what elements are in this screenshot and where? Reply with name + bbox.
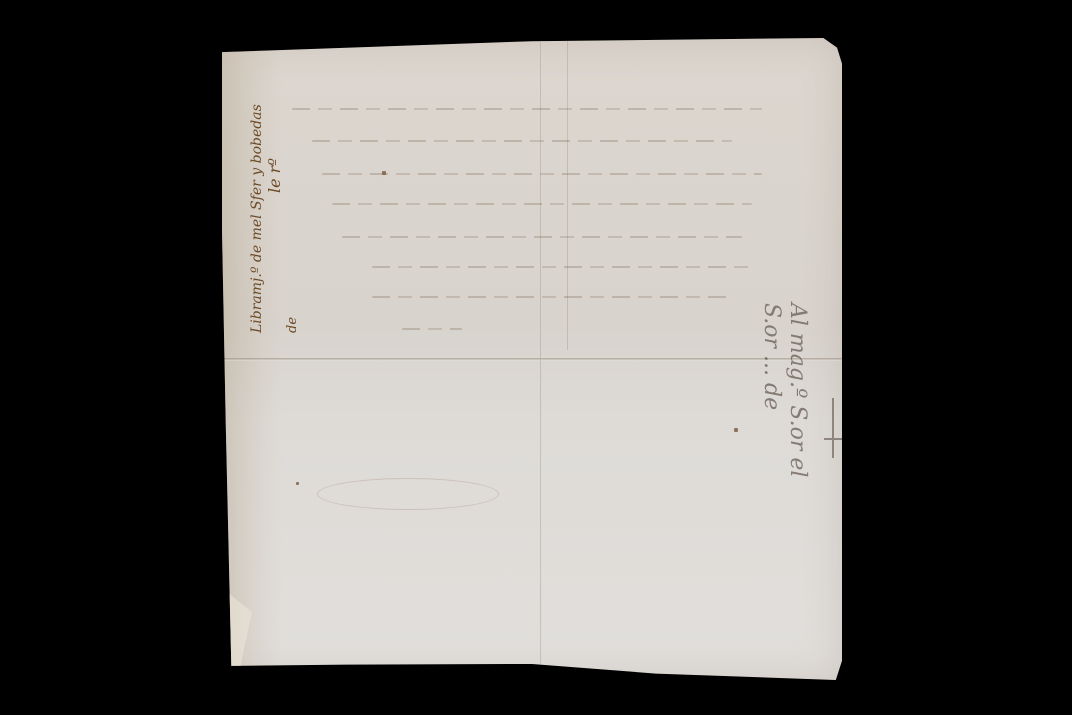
cross-mark xyxy=(832,398,834,458)
bleed-through-line xyxy=(372,266,752,268)
endorsement-line-1: Al mag.º S.or el xyxy=(784,303,810,533)
ink-speck xyxy=(296,482,299,485)
bleed-through-line xyxy=(292,108,762,110)
docket-line-2: de xyxy=(284,83,302,333)
ink-speck xyxy=(382,171,386,175)
bleed-through-line xyxy=(372,296,732,298)
bleed-through-line xyxy=(342,236,742,238)
bleed-through-line xyxy=(312,140,732,142)
secondary-fold xyxy=(567,38,568,350)
faint-sketch xyxy=(317,478,499,510)
vertical-fold xyxy=(540,38,542,680)
endorsement-line-2: S.or ... de xyxy=(758,303,784,533)
bleed-through-line xyxy=(332,203,752,205)
docket-line-1: Libramj.º de mel Sfer y bobedas xyxy=(248,83,266,333)
endorsement: Al mag.º S.or el S.or ... de xyxy=(758,303,810,533)
horizontal-fold xyxy=(222,358,842,361)
docket-line-3: le rº xyxy=(266,83,284,193)
ink-speck xyxy=(734,428,738,432)
manuscript-page: Libramj.º de mel Sfer y bobedas le rº de… xyxy=(222,38,842,680)
bleed-through-line xyxy=(322,173,762,175)
bleed-through-line xyxy=(402,328,462,330)
docket-note: Libramj.º de mel Sfer y bobedas le rº de xyxy=(248,83,308,333)
